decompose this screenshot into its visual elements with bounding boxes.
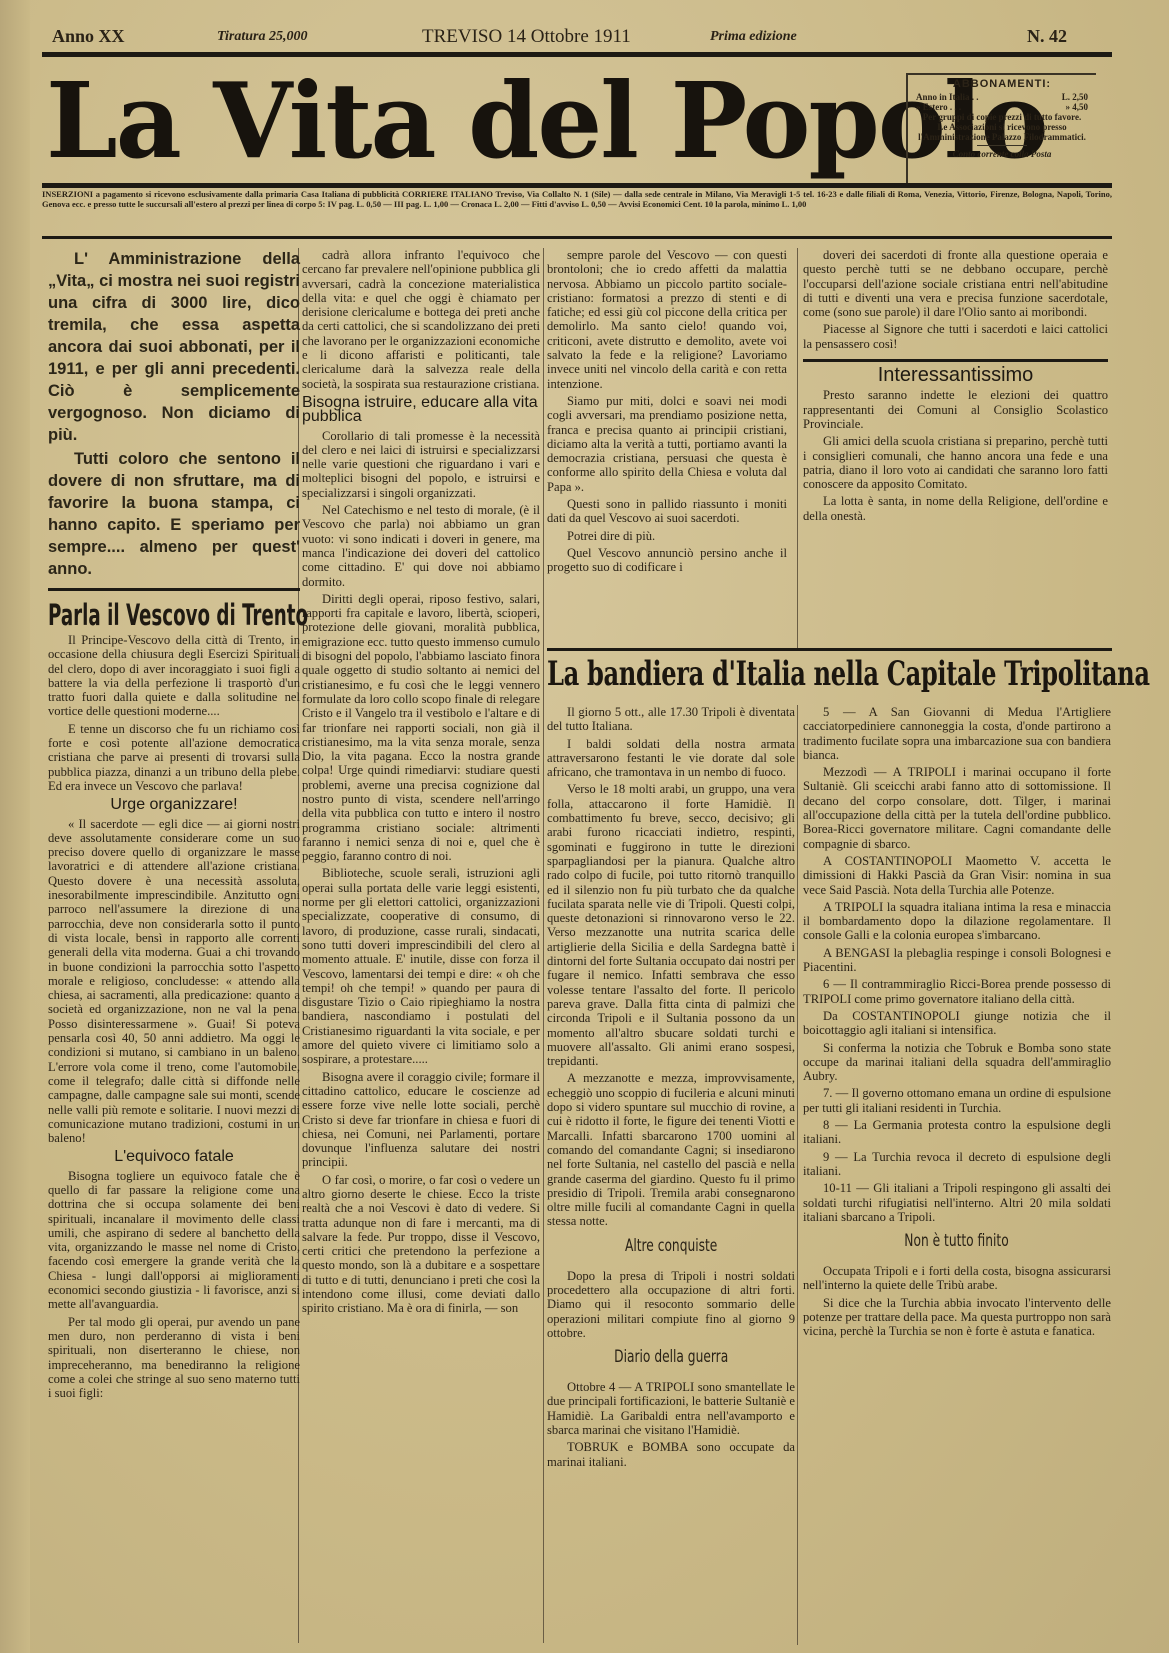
tripoli-headline: La bandiera d'Italia nella Capitale Trip…: [547, 654, 1112, 698]
price-row: » Estero . . . » 4,50: [916, 102, 1088, 112]
administration-notice: L' Amministrazione della „Vita„ ci mostr…: [48, 248, 300, 580]
section-heading: Altre conquiste: [547, 1239, 795, 1259]
divider: [42, 52, 1112, 57]
circulation-label: Tiratura 25,000: [217, 29, 308, 45]
column-divider: [797, 705, 798, 1645]
section-heading: Interessantissimo: [803, 368, 1108, 382]
tripoli-right-column: 5 — A San Giovanni di Medua l'Artigliere…: [803, 705, 1111, 1342]
column-2: cadrà allora infranto l'equivoco che cer…: [302, 248, 540, 1319]
column-divider: [797, 248, 798, 648]
divider: [547, 648, 1112, 651]
issue-number: N. 42: [1027, 26, 1067, 47]
price-row: Anno in Italia . . L. 2,50: [916, 92, 1088, 102]
city-date: TREVISO 14 Ottobre 1911: [422, 26, 631, 48]
article-title: Parla il Vescovo di Trento: [48, 597, 297, 633]
header-info-line: Anno XX Tiratura 25,000 TREVISO 14 Ottob…: [42, 26, 1112, 50]
column-1: L' Amministrazione della „Vita„ ci mostr…: [48, 248, 300, 1403]
section-heading: Urge organizzare!: [48, 798, 300, 812]
subscriptions-box: ABBONAMENTI: Anno in Italia . . L. 2,50 …: [906, 73, 1096, 183]
subscription-note: Per gruppi di copie prezzi di tutto favo…: [916, 112, 1088, 122]
subscription-note: Le Associazioni si ricevono presso l'Amm…: [916, 122, 1088, 142]
edition-label: Prima edizione: [710, 29, 797, 45]
newspaper-page: Anno XX Tiratura 25,000 TREVISO 14 Ottob…: [30, 0, 1155, 1653]
masthead-title: La Vita del Popolo: [46, 62, 908, 180]
section-heading: Diario della guerra: [547, 1350, 795, 1370]
section-heading: L'equivoco fatale: [48, 1150, 300, 1164]
divider: [48, 588, 300, 591]
column-divider: [543, 248, 544, 1643]
year-label: Anno XX: [52, 26, 125, 47]
section-heading: Non è tutto finito: [803, 1234, 1111, 1254]
divider: [42, 183, 1112, 188]
column-3: sempre parole del Vescovo — con questi b…: [547, 248, 787, 578]
postal-account-note: Conto corrente colla Posta: [916, 149, 1088, 159]
divider: [803, 359, 1108, 362]
advertising-rates: INSERZIONI a pagamento si ricevono esclu…: [42, 189, 1112, 209]
divider: [977, 145, 1027, 146]
subscriptions-title: ABBONAMENTI:: [916, 79, 1088, 89]
page-edge: [0, 0, 30, 1653]
tripoli-left-column: Il giorno 5 ott., alle 17.30 Tripoli è d…: [547, 705, 795, 1472]
divider: [42, 236, 1112, 239]
column-4: doveri dei sacerdoti di fronte alla ques…: [803, 248, 1108, 526]
section-heading: Bisogna istruire, educare alla vita pubb…: [302, 396, 540, 425]
